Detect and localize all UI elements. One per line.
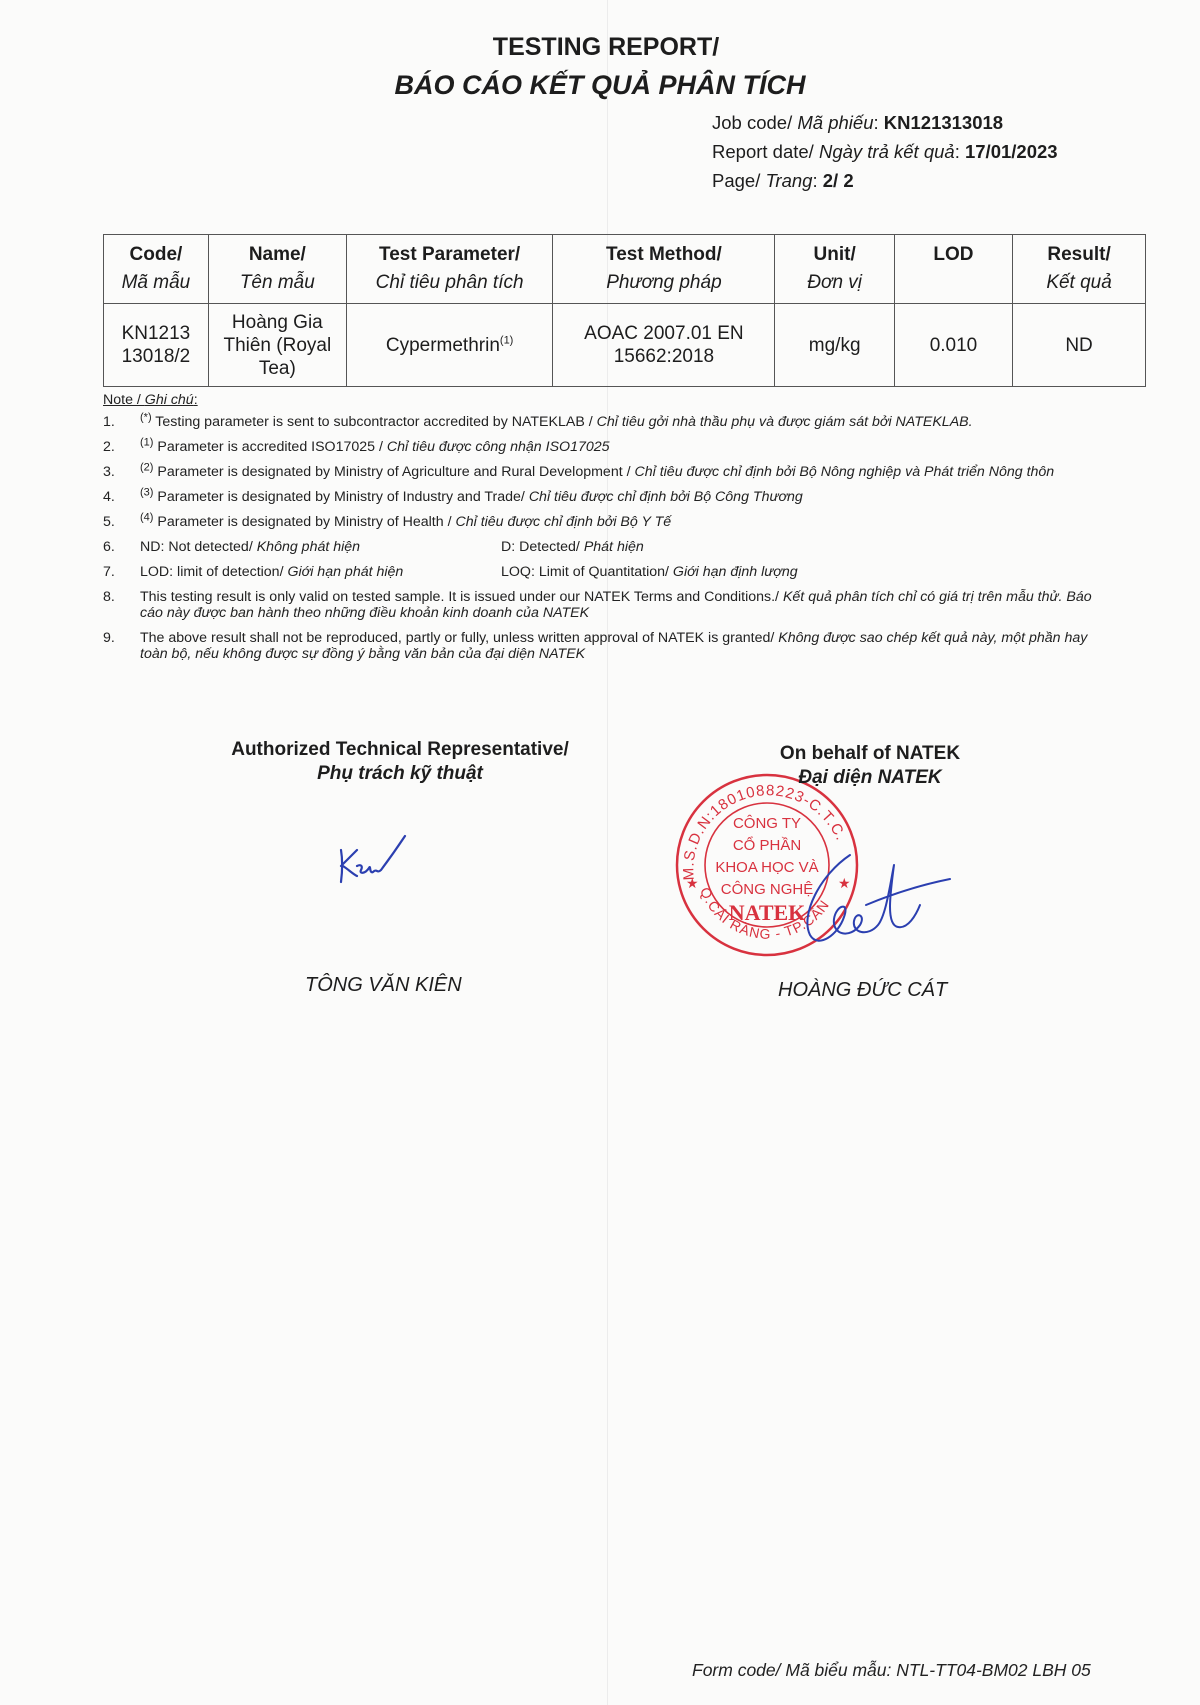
report-date-value: 17/01/2023 (965, 141, 1058, 162)
svg-text:CÔNG TY: CÔNG TY (733, 815, 801, 832)
report-title-en: TESTING REPORT/ (0, 33, 1200, 62)
column-header-method: Test Method/Phương pháp (553, 235, 775, 304)
note-item: 3.(2) Parameter is designated by Ministr… (103, 464, 1103, 480)
page-number-value: 2/ 2 (823, 170, 854, 191)
report-meta: Job code/ Mã phiếu: KN121313018 Report d… (712, 108, 1058, 195)
notes-section: Note / Ghi chú: 1.(*) Testing parameter … (103, 392, 1103, 671)
note-item: 7.LOD: limit of detection/ Giới hạn phát… (103, 564, 1103, 580)
natek-representative-block: On behalf of NATEK Đại diện NATEK (700, 742, 1040, 790)
table-row: KN121313018/2 Hoàng GiaThiên (RoyalTea) … (104, 304, 1146, 387)
note-item: 5.(4) Parameter is designated by Ministr… (103, 514, 1103, 530)
technical-representative-block: Authorized Technical Representative/ Phụ… (180, 738, 620, 786)
technical-representative-role-vi: Phụ trách kỹ thuật (180, 762, 620, 786)
report-title-vi: BÁO CÁO KẾT QUẢ PHÂN TÍCH (0, 70, 1200, 101)
column-header-result: Result/Kết quả (1013, 235, 1146, 304)
job-code-value: KN121313018 (884, 112, 1003, 133)
column-header-lod: LOD (894, 235, 1012, 304)
cell-name: Hoàng GiaThiên (RoyalTea) (208, 304, 346, 387)
svg-text:★: ★ (686, 875, 699, 891)
column-header-code: Code/Mã mẫu (104, 235, 209, 304)
note-item: 9.The above result shall not be reproduc… (103, 630, 1103, 662)
note-item: 6.ND: Not detected/ Không phát hiệnD: De… (103, 539, 1103, 555)
column-header-parameter: Test Parameter/Chỉ tiêu phân tích (346, 235, 553, 304)
page-number-line: Page/ Trang: 2/ 2 (712, 166, 1058, 195)
cell-unit: mg/kg (775, 304, 894, 387)
notes-title: Note / Ghi chú: (103, 392, 1103, 408)
natek-representative-role-vi: Đại diện NATEK (700, 766, 1040, 790)
note-item: 2.(1) Parameter is accredited ISO17025 /… (103, 439, 1103, 455)
cell-lod: 0.010 (894, 304, 1012, 387)
column-header-name: Name/Tên mẫu (208, 235, 346, 304)
signature-kien-icon (335, 830, 415, 890)
job-code-line: Job code/ Mã phiếu: KN121313018 (712, 108, 1058, 137)
natek-representative-name: HOÀNG ĐỨC CÁT (778, 979, 947, 1002)
cell-result: ND (1013, 304, 1146, 387)
results-table: Code/Mã mẫu Name/Tên mẫu Test Parameter/… (103, 234, 1146, 387)
signature-cat-icon (790, 845, 960, 955)
note-item: 8.This testing result is only valid on t… (103, 589, 1103, 621)
technical-representative-role: Authorized Technical Representative/ (180, 738, 620, 762)
form-code: Form code/ Mã biểu mẫu: NTL-TT04-BM02 LB… (692, 1660, 1091, 1681)
table-header-row: Code/Mã mẫu Name/Tên mẫu Test Parameter/… (104, 235, 1146, 304)
note-item: 4.(3) Parameter is designated by Ministr… (103, 489, 1103, 505)
note-item: 1.(*) Testing parameter is sent to subco… (103, 414, 1103, 430)
column-header-unit: Unit/Đơn vị (775, 235, 894, 304)
cell-code: KN121313018/2 (104, 304, 209, 387)
natek-representative-role: On behalf of NATEK (700, 742, 1040, 766)
cell-method: AOAC 2007.01 EN15662:2018 (553, 304, 775, 387)
technical-representative-name: TÔNG VĂN KIÊN (305, 974, 462, 997)
report-date-line: Report date/ Ngày trả kết quả: 17/01/202… (712, 137, 1058, 166)
cell-parameter: Cypermethrin(1) (346, 304, 553, 387)
